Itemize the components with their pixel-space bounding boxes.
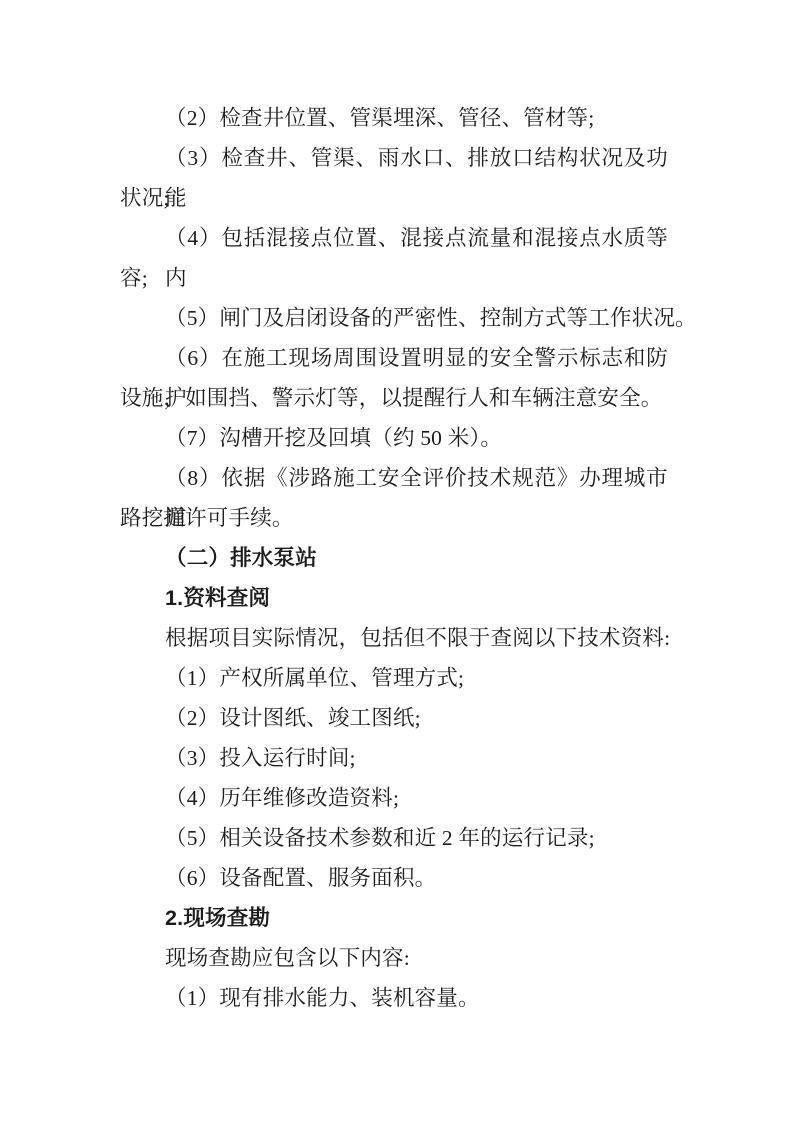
list-item-8: （8）依据《涉路施工安全评价技术规范》办理城市道 路挖掘许可手续。 (120, 458, 668, 538)
paragraph-site-survey-intro: 现场查勘应包含以下内容: (120, 938, 668, 978)
subsection-heading-site-survey: 2.现场查勘 (120, 898, 668, 938)
list-item-5: （5）相关设备技术参数和近 2 年的运行记录; (120, 818, 668, 858)
subsection-heading-line: 2.现场查勘 (120, 898, 668, 938)
list-item-5: （5）闸门及启闭设备的严密性、控制方式等工作状况。 (120, 298, 668, 338)
list-item-4: （4）包括混接点位置、混接点流量和混接点水质等内 容; (120, 218, 668, 298)
list-item-1: （1）现有排水能力、装机容量。 (120, 978, 668, 1018)
list-item-4: （4）历年维修改造资料; (120, 778, 668, 818)
list-item-6: （6）设备配置、服务面积。 (120, 858, 668, 898)
subsection-heading-data-review: 1.资料查阅 (120, 578, 668, 618)
list-item-1: （1）产权所属单位、管理方式; (120, 658, 668, 698)
document-line: （3）投入运行时间; (120, 738, 668, 778)
document-line: （8）依据《涉路施工安全评价技术规范》办理城市道 (120, 458, 668, 498)
document-line: （6）设备配置、服务面积。 (120, 858, 668, 898)
section-heading-line: （二）排水泵站 (120, 538, 668, 578)
list-item-6: （6）在施工现场周围设置明显的安全警示标志和防护 设施，如围挡、警示灯等，以提醒… (120, 338, 668, 418)
document-line: 容; (120, 258, 668, 298)
list-item-7: （7）沟槽开挖及回填（约 50 米）。 (120, 418, 668, 458)
document-line: （6）在施工现场周围设置明显的安全警示标志和防护 (120, 338, 668, 378)
document-line: 路挖掘许可手续。 (120, 498, 668, 538)
paragraph-data-review-intro: 根据项目实际情况，包括但不限于查阅以下技术资料: (120, 618, 668, 658)
document-line: 根据项目实际情况，包括但不限于查阅以下技术资料: (120, 618, 668, 658)
document-page: （2）检查井位置、管渠埋深、管径、管材等; （3）检查井、管渠、雨水口、排放口结… (0, 0, 793, 1122)
document-line: 现场查勘应包含以下内容: (120, 938, 668, 978)
document-line: （1）现有排水能力、装机容量。 (120, 978, 668, 1018)
list-item-2: （2）检查井位置、管渠埋深、管径、管材等; (120, 98, 668, 138)
section-heading-drainage-pump-station: （二）排水泵站 (120, 538, 668, 578)
list-item-3: （3）检查井、管渠、雨水口、排放口结构状况及功能 状况; (120, 138, 668, 218)
list-item-3: （3）投入运行时间; (120, 738, 668, 778)
document-line: 状况; (120, 178, 668, 218)
document-line: （2）设计图纸、竣工图纸; (120, 698, 668, 738)
document-line: （4）历年维修改造资料; (120, 778, 668, 818)
document-line: （5）相关设备技术参数和近 2 年的运行记录; (120, 818, 668, 858)
document-line: 设施，如围挡、警示灯等，以提醒行人和车辆注意安全。 (120, 378, 668, 418)
document-content: （2）检查井位置、管渠埋深、管径、管材等; （3）检查井、管渠、雨水口、排放口结… (120, 98, 668, 1018)
document-line: （3）检查井、管渠、雨水口、排放口结构状况及功能 (120, 138, 668, 178)
document-line: （4）包括混接点位置、混接点流量和混接点水质等内 (120, 218, 668, 258)
subsection-heading-line: 1.资料查阅 (120, 578, 668, 618)
list-item-2: （2）设计图纸、竣工图纸; (120, 698, 668, 738)
document-line: （1）产权所属单位、管理方式; (120, 658, 668, 698)
document-line: （2）检查井位置、管渠埋深、管径、管材等; (120, 98, 668, 138)
document-line: （5）闸门及启闭设备的严密性、控制方式等工作状况。 (120, 298, 668, 338)
document-line: （7）沟槽开挖及回填（约 50 米）。 (120, 418, 668, 458)
